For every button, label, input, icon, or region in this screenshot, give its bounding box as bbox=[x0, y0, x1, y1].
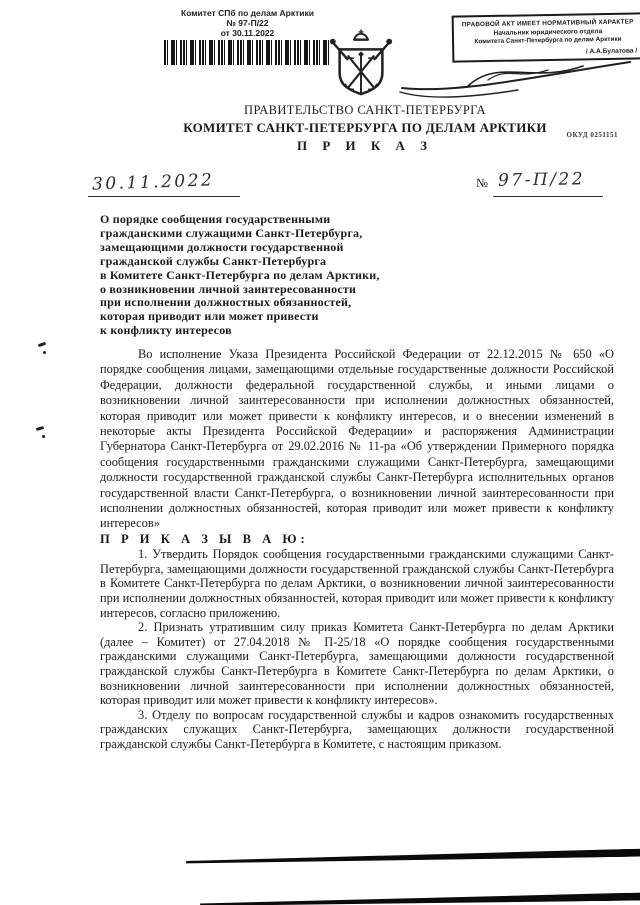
number-underline bbox=[493, 196, 603, 197]
registration-stamp-committee: Комитет СПб по делам Арктики bbox=[150, 8, 345, 18]
preamble-paragraph: Во исполнение Указа Президента Российско… bbox=[100, 347, 614, 532]
subject-block: О порядке сообщения государственными гра… bbox=[100, 213, 430, 338]
barcode-icon bbox=[164, 40, 332, 65]
legal-stamp-signer-name: / А.А.Булатова / bbox=[586, 47, 638, 55]
order-items: 1. Утвердить Порядок сообщения государст… bbox=[100, 547, 614, 751]
subject-line: замещающими должности государственной bbox=[100, 241, 430, 255]
margin-mark bbox=[36, 426, 45, 431]
date-number-row: 30.11.2022 № 97-П/22 bbox=[0, 168, 640, 202]
subject-line: при исполнении должностных обязанностей, bbox=[100, 296, 430, 310]
document-body: Во исполнение Указа Президента Российско… bbox=[100, 347, 614, 752]
registration-stamp: Комитет СПб по делам Арктики № 97-П/22 о… bbox=[150, 8, 345, 65]
registration-stamp-date: от 30.11.2022 bbox=[150, 28, 345, 38]
order-item-3: 3. Отделу по вопросам государственной сл… bbox=[100, 708, 614, 752]
scan-artifact-bar bbox=[200, 893, 640, 905]
margin-mark bbox=[42, 435, 45, 438]
document-type-title: П Р И К А З bbox=[90, 138, 640, 154]
coat-of-arms-icon bbox=[322, 28, 400, 98]
order-item-1: 1. Утвердить Порядок сообщения государст… bbox=[100, 547, 614, 620]
subject-line: гражданскими служащими Санкт-Петербурга, bbox=[100, 227, 430, 241]
order-word: П Р И К А З Ы В А Ю: bbox=[100, 532, 614, 547]
margin-mark bbox=[38, 342, 47, 347]
handwritten-number: 97-П/22 bbox=[498, 169, 585, 191]
order-item-2: 2. Признать утратившим силу приказ Комит… bbox=[100, 620, 614, 708]
registration-stamp-number: № 97-П/22 bbox=[150, 18, 345, 28]
subject-line: гражданской службы Санкт-Петербурга bbox=[100, 255, 430, 269]
government-title: ПРАВИТЕЛЬСТВО САНКТ-ПЕТЕРБУРГА bbox=[90, 103, 640, 118]
subject-line: О порядке сообщения государственными bbox=[100, 213, 430, 227]
okud-code: ОКУД 0251151 bbox=[567, 131, 619, 139]
scan-artifact-bar bbox=[186, 849, 640, 866]
number-sign-label: № bbox=[476, 176, 488, 191]
document-header: ПРАВИТЕЛЬСТВО САНКТ-ПЕТЕРБУРГА КОМИТЕТ С… bbox=[90, 103, 640, 154]
subject-line: о возникновении личной заинтересованност… bbox=[100, 283, 430, 297]
handwritten-date: 30.11.2022 bbox=[92, 169, 243, 194]
scanned-order-document: Комитет СПб по делам Арктики № 97-П/22 о… bbox=[0, 0, 640, 905]
subject-line: в Комитете Санкт-Петербурга по делам Арк… bbox=[100, 269, 430, 283]
legal-review-stamp: ПРАВОВОЙ АКТ ИМЕЕТ НОРМАТИВНЫЙ ХАРАКТЕР … bbox=[452, 12, 640, 62]
committee-title: КОМИТЕТ САНКТ-ПЕТЕРБУРГА ПО ДЕЛАМ АРКТИК… bbox=[90, 120, 640, 136]
margin-mark bbox=[43, 351, 46, 354]
subject-line: которая приводит или может привести bbox=[100, 310, 430, 324]
date-underline bbox=[88, 196, 240, 197]
subject-line: к конфликту интересов bbox=[100, 324, 430, 338]
